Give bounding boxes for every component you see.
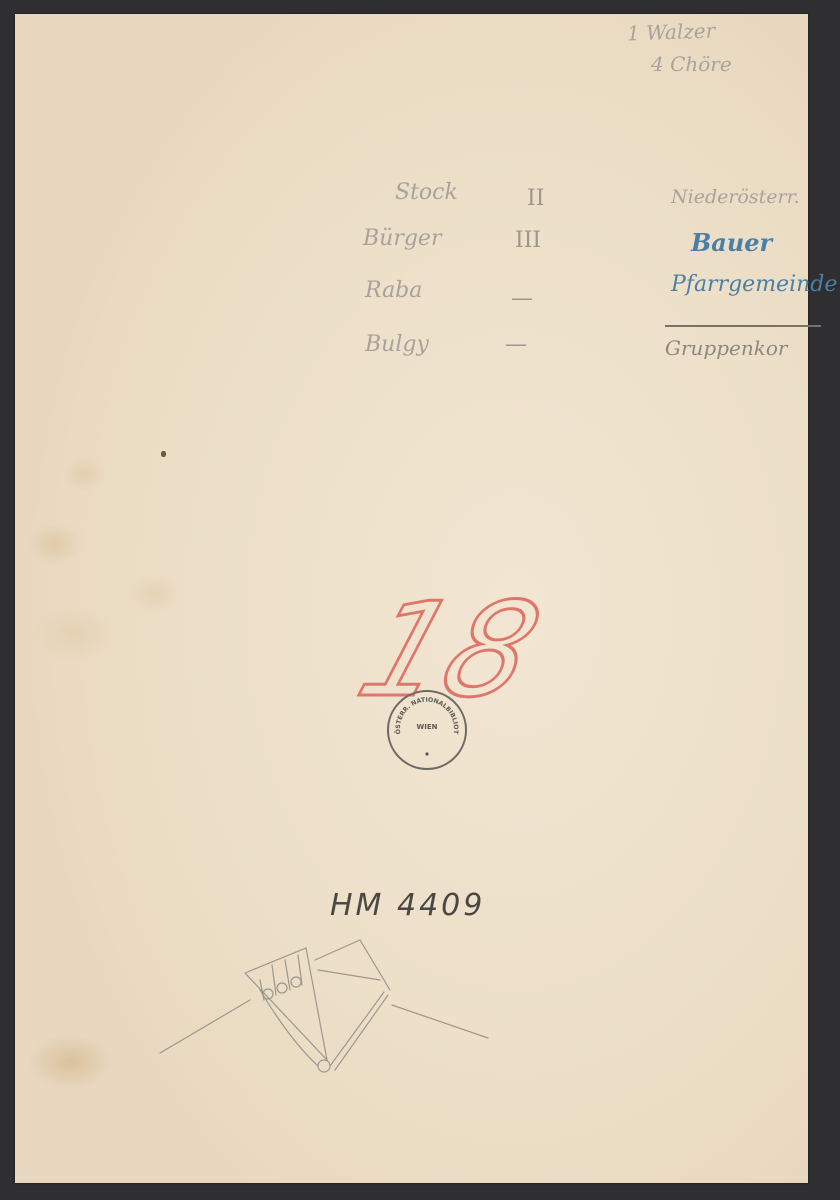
- fan-sketch-icon: [0, 0, 840, 1200]
